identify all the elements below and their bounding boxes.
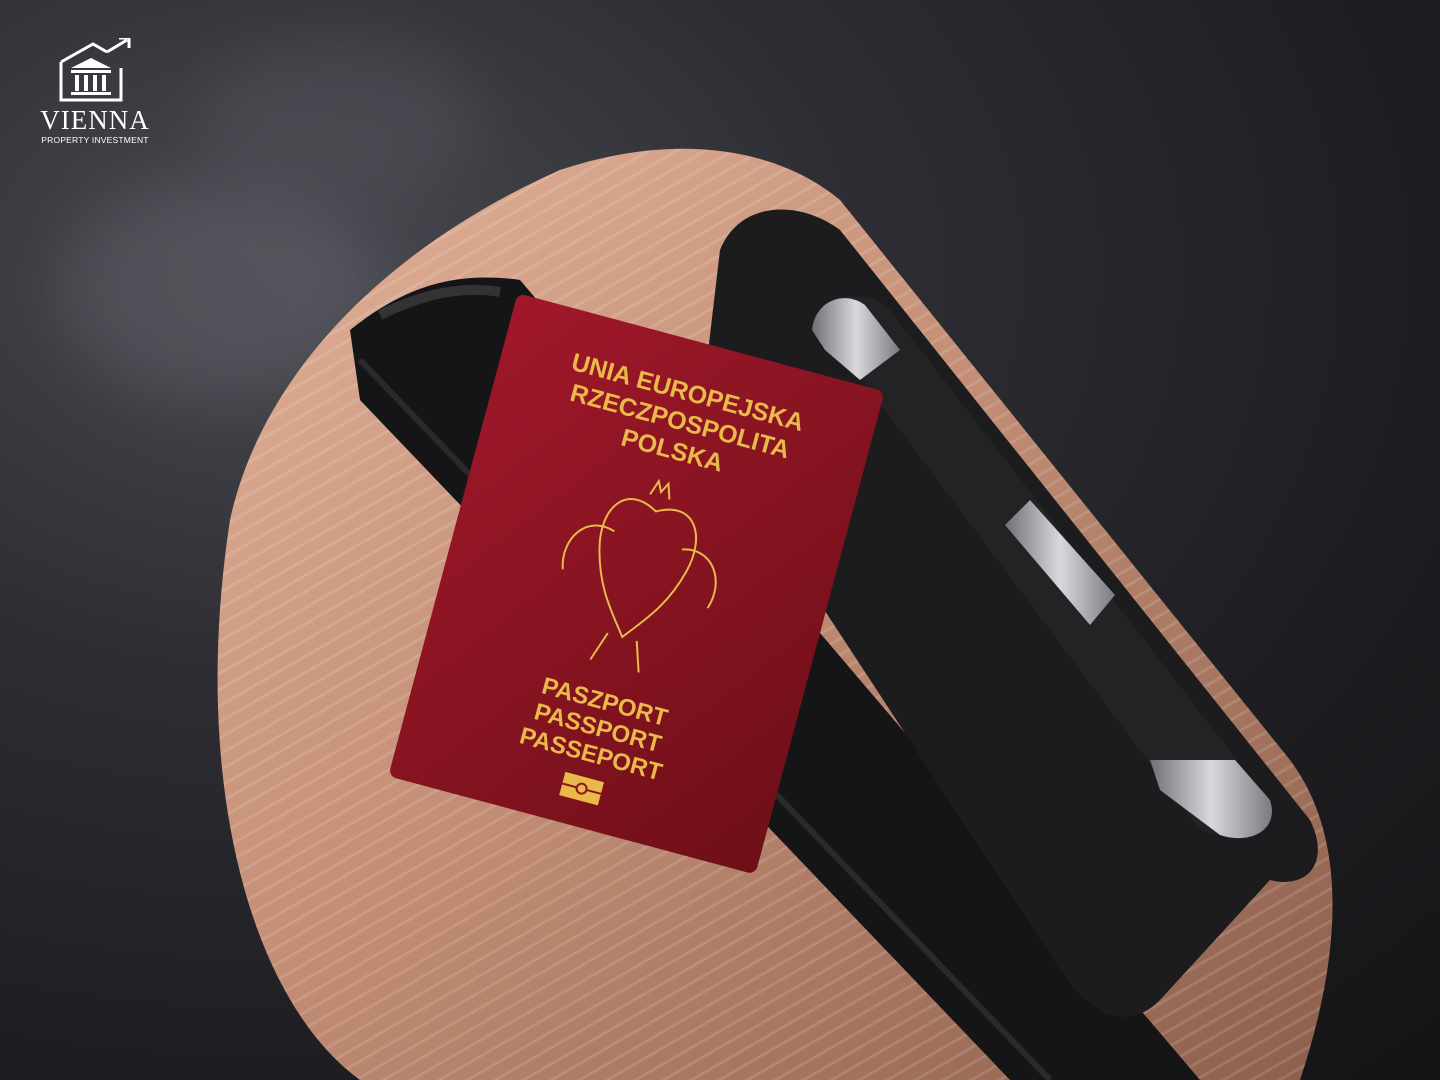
logo-brand: VIENNA [30, 106, 160, 134]
suitcase-illustration: UNIA EUROPEJSKA RZECZPOSPOLITA POLSKA PA… [0, 0, 1440, 1080]
logo-tagline: PROPERTY INVESTMENT [30, 135, 160, 145]
photo-scene: UNIA EUROPEJSKA RZECZPOSPOLITA POLSKA PA… [0, 0, 1440, 1080]
vienna-logo: VIENNA PROPERTY INVESTMENT [30, 38, 160, 145]
building-with-rising-arrow-icon [57, 38, 133, 104]
